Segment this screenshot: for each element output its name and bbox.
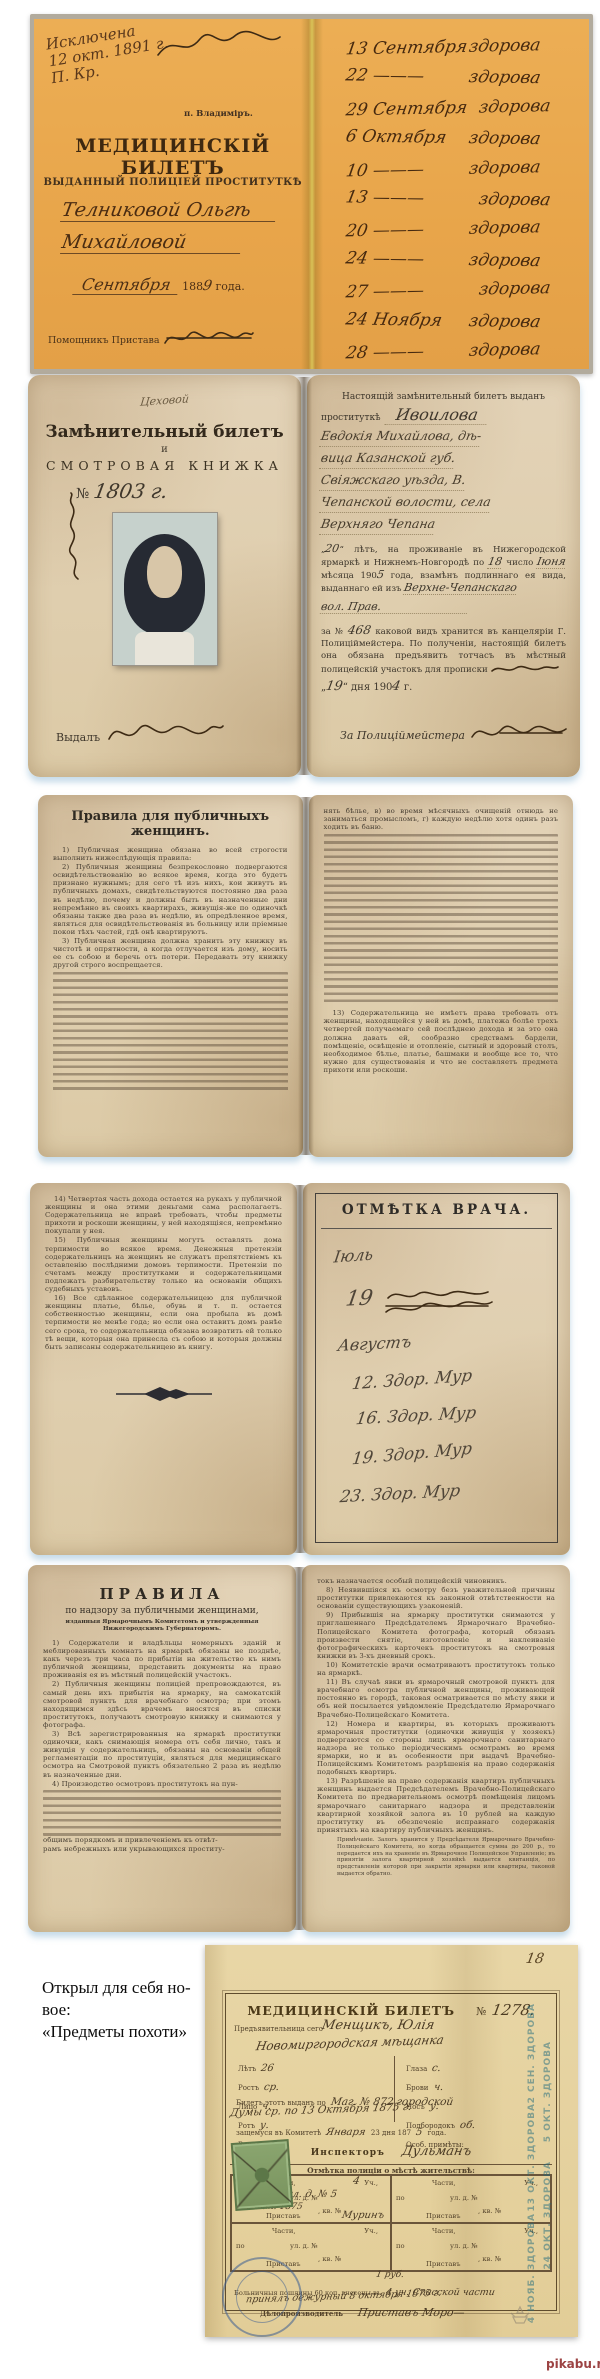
exam-date: 10 ———	[344, 158, 470, 181]
holder-photograph	[113, 513, 217, 665]
year-printed: 188	[182, 280, 203, 293]
exam-date: 13 Сентября	[344, 37, 470, 60]
exam-date: 22 ———	[344, 66, 471, 88]
hand-fragment: Января	[325, 2127, 366, 2138]
exam-entry: 19. Здор. Мур	[351, 1439, 473, 1469]
hand-fragment: 20	[324, 543, 340, 555]
cell-label: ул. д. №	[450, 2242, 478, 2250]
health-stamp: 13 ОКТ. ЗДОРОВА	[527, 2103, 537, 2212]
clerk-signature: Приставъ Моро—	[357, 2306, 466, 2319]
fair-rules-right-page: токъ назначается особый полицейскій чино…	[302, 1565, 570, 1932]
printed-fragment: мѣсяца 190	[321, 571, 377, 581]
exam-row: 10 ———здорова	[345, 156, 573, 181]
post-image: Исключена 12 окт. 1891 г. П. Кр. п. Влад…	[0, 0, 600, 2379]
cell-label: Уч.,	[364, 2179, 378, 2187]
exam-date: 24 Ноября	[344, 309, 471, 331]
examination-rows: 13 Сентябряздорова 22 ———здорова 29 Сент…	[312, 19, 590, 369]
exam-row: 6 Октябряздорова	[345, 127, 573, 150]
registration-scribble	[490, 662, 560, 676]
exam-date: 13 ———	[344, 187, 471, 209]
policemaster-signature	[470, 719, 568, 747]
exam-date: 27 ———	[344, 280, 470, 303]
rule-paragraph: 8) Неявившіяся къ осмотру безъ уважитель…	[317, 1586, 555, 1610]
rule-paragraph: 11) Въ случаѣ явки въ ярмарочный смотров…	[317, 1678, 555, 1718]
holder-name-line2: Михайловой	[60, 231, 244, 254]
printed-fragment: 23 дня 187	[371, 2129, 411, 2137]
rule-paragraph: рамъ небрежныхъ или укрывающихся простит…	[43, 1845, 281, 1853]
month-handwritten: Сентября	[72, 275, 180, 295]
margin-scribble	[64, 491, 86, 581]
ticket-subtitle: ВЫДАННЫЙ ПОЛИЦІЕЙ ПРОСТИТУТКѢ	[34, 177, 312, 188]
cell-label: , кв. №	[318, 2207, 341, 2215]
illegible-text	[43, 1790, 281, 1836]
fee-amount-handwritten: 1 руб.	[375, 2270, 405, 2280]
printed-fragment: “ дня 190	[343, 682, 393, 693]
month-entry: Августъ	[337, 1332, 414, 1355]
rules-text-block: 13) Содержательница не имѣетъ права треб…	[324, 1009, 559, 1074]
printer-crest-icon	[507, 2305, 533, 2325]
day-entry: 19	[344, 1285, 375, 1311]
issue-line-3: защемуся въ Комитетѣ Января 23 дня 187 5…	[236, 2120, 446, 2139]
post-caption: Открыл для себя но- вое: «Предметы похот…	[42, 1977, 212, 2043]
printed-fragment: защемуся въ Комитетѣ	[236, 2129, 321, 2137]
year-digit-handwritten: 9	[202, 278, 214, 294]
rule-paragraph: нять бѣлье, в) во время мѣсячныхъ очищен…	[324, 807, 559, 831]
hand-fragment: 18	[487, 556, 503, 569]
portrait-face	[147, 546, 182, 598]
exam-status: здорова	[466, 250, 541, 271]
revenue-stamp	[231, 2139, 294, 2211]
photo-orange-medical-ticket: Исключена 12 окт. 1891 г. П. Кр. п. Влад…	[30, 14, 593, 374]
issued-by-line: Выдалъ	[56, 717, 225, 751]
doctor-marks-page: ОТМѢТКА ВРАЧА. Іюль 19 Августъ 12. Здор.…	[303, 1183, 570, 1555]
exam-date: 24 ———	[344, 248, 471, 270]
cell-label: по	[396, 2242, 405, 2250]
cell-label: Части,	[432, 2179, 456, 2187]
intro-word: проституткѣ	[321, 413, 381, 423]
exam-status: здорова	[476, 189, 551, 210]
booklet-binding	[292, 1185, 308, 1553]
cell-signature: Муринъ	[341, 2210, 385, 2221]
booklet-subtitle: СМОТРОВАЯ КНИЖКА	[42, 458, 287, 473]
cell-label: Части,	[432, 2227, 456, 2235]
inspector-label: Инспекторъ	[311, 2148, 385, 2158]
health-stamp: 5 ОКТ. ЗДОРОВА	[543, 2041, 553, 2142]
rule-paragraph: 2) Публичныя женщины полиціей препровожд…	[43, 1680, 281, 1729]
rules-text-tail: общимъ порядкомъ и привлеченіемъ къ отвѣ…	[43, 1836, 281, 1853]
trait-row: Лѣтъ 26	[238, 2056, 280, 2075]
exam-status: здорова	[467, 339, 542, 361]
policemaster-label: За Полиціймейстера	[340, 729, 465, 742]
booklet-binding	[296, 377, 312, 775]
printed-fragment: года.	[428, 2129, 447, 2137]
rules-footnote: Примѣчаніе. Залогъ хранится у Предсѣдате…	[337, 1837, 555, 1878]
printed-fragment: г.	[401, 682, 413, 693]
exam-status: здорова	[467, 35, 542, 57]
intro-line: Настоящій замѣнительный билетъ выданъ	[321, 391, 566, 403]
hand-fragment: Іюня	[536, 556, 567, 569]
rule-paragraph: 10) Комитетскіе врачи осматриваютъ прост…	[317, 1661, 555, 1677]
rules-text-block: нять бѣлье, в) во время мѣсячныхъ очищен…	[324, 807, 559, 831]
card-left-page: Исключена 12 окт. 1891 г. П. Кр. п. Влад…	[34, 19, 312, 369]
cell-label: , кв. №	[478, 2255, 501, 2263]
rule-paragraph: 13) Разрѣшеніе на право содержанія кварт…	[317, 1777, 555, 1834]
rules-left-page: 14) Четвертая часть дохода остается на р…	[30, 1183, 297, 1555]
illegible-text	[53, 972, 288, 1092]
rule-paragraph: общимъ порядкомъ и привлеченіемъ къ отвѣ…	[43, 1836, 281, 1844]
exam-status: здорова	[477, 278, 552, 300]
fair-rules-subtitle: по надзору за публичными женщинами,	[43, 1606, 281, 1616]
rule-paragraph: токъ назначается особый полицейскій чино…	[317, 1577, 555, 1585]
inspector-signature: Дульманъ	[401, 2144, 473, 2159]
cell-label: ул. д. №	[450, 2194, 478, 2202]
booklet-title: Замѣнительный билетъ	[42, 422, 287, 442]
year-suffix: года.	[216, 280, 245, 293]
printed-fragment: за №	[321, 627, 348, 637]
rules-left-page: Правила для публичныхъ женщинъ. 1) Публи…	[38, 795, 303, 1157]
rule-paragraph: 1) Содержатели и владѣльцы номерныхъ зда…	[43, 1639, 281, 1679]
illegible-text	[324, 834, 559, 1006]
rule-paragraph: 2) Публичныя женщины безпрекословно подв…	[53, 863, 288, 936]
trait-label: Лѣтъ	[238, 2065, 256, 2073]
cell-label: , кв. №	[318, 2255, 341, 2263]
cell-label: по	[396, 2194, 405, 2202]
number-value-handwritten: 1803 г.	[92, 479, 170, 503]
rule-paragraph: 3) Публичная женщина должна хранить эту …	[53, 937, 288, 969]
exam-date: 28 ———	[344, 341, 470, 364]
exam-row: 28 ———здорова	[345, 339, 573, 364]
issuer-signature	[105, 717, 225, 751]
rule-paragraph: 13) Содержательница не имѣетъ права треб…	[324, 1009, 559, 1074]
title-row: МЕДИЦИНСКІЙ БИЛЕТЪ № 1278.	[226, 2000, 556, 2019]
official-title: Помощникъ Пристава	[48, 325, 255, 351]
cell-label: Уч.,	[364, 2227, 378, 2235]
number-label: №	[476, 2005, 486, 2018]
booklet-binding	[291, 1567, 307, 1930]
hand-fragment: 468	[347, 624, 372, 636]
issue-date-line: Сентября 1889 года.	[74, 275, 245, 295]
exam-row: 29 Сентябряздорова	[345, 95, 573, 120]
booklet-binding	[298, 797, 314, 1155]
cell-label: Приставъ	[426, 2212, 461, 2220]
exam-status: здорова	[477, 96, 552, 118]
doctor-marks-frame: ОТМѢТКА ВРАЧА. Іюль 19 Августъ 12. Здор.…	[315, 1193, 558, 1543]
cell-label: Приставъ	[426, 2260, 461, 2268]
official-signature	[163, 325, 255, 351]
exam-entry: 12. Здор. Мур	[351, 1366, 474, 1394]
booklet-number-line: № 1803 г.	[76, 479, 287, 503]
fair-rules-title: ПРАВИЛА	[43, 1585, 281, 1603]
rule-paragraph: 15) Публичныя женщины могутъ оставлять д…	[45, 1236, 282, 1293]
rule-paragraph: 16) Все сдѣланное содержательницею для п…	[45, 1294, 282, 1351]
cell-label: ул. д. №	[290, 2242, 318, 2250]
rules-right-page: нять бѣлье, в) во время мѣсячныхъ очищен…	[309, 795, 574, 1157]
cell-handwritten: 4	[352, 2175, 361, 2187]
rules-text-block: токъ назначается особый полицейскій чино…	[317, 1577, 555, 1834]
exam-row: 22 ———здорова	[345, 66, 573, 89]
sheet-title: МЕДИЦИНСКІЙ БИЛЕТЪ	[247, 2003, 455, 2018]
hand-line: Евдокія Михайлова, дѣ-	[319, 425, 483, 447]
photo-medical-ticket-sheet: 18 МЕДИЦИНСКІЙ БИЛЕТЪ № 1278. Предъявите…	[205, 1945, 578, 2337]
hand-line: Верхняго Чепана	[319, 513, 437, 535]
prostitute-name-line: проституткѣ Ивоилова	[321, 405, 566, 425]
caption-line: вое:	[42, 1999, 212, 2021]
caption-line: Открыл для себя но-	[42, 1977, 212, 1999]
health-stamp: 2 СЕН. ЗДОРОВА	[527, 2003, 537, 2103]
orange-card-spread: Исключена 12 окт. 1891 г. П. Кр. п. Влад…	[34, 19, 589, 369]
ticket-title: МЕДИЦИНСКІЙ БИЛЕТЪ	[34, 135, 312, 179]
city-label: п. Владиміръ.	[184, 109, 253, 119]
hand-fragment: 5	[415, 2127, 423, 2138]
trait-value: 26	[261, 2063, 276, 2074]
exam-row: 27 ———здорова	[345, 278, 573, 303]
hand-fragment: вол. Прав.	[320, 600, 469, 614]
exam-row: 24 Ноябряздорова	[345, 309, 573, 332]
rule-paragraph: 9) Прибывшія на ярмарку проститутки сним…	[317, 1611, 555, 1660]
policemaster-line: За Полиціймейстера	[340, 719, 568, 747]
exam-status: здорова	[466, 311, 541, 332]
exam-row: 20 ———здорова	[345, 217, 573, 242]
registration-paragraph: за № 468 каковой видъ хранится въ канцел…	[321, 624, 566, 676]
hand-line: Чепанской волости, села	[319, 491, 493, 513]
rule-paragraph: 12) Номера и квартиры, въ которыхъ прожи…	[317, 1720, 555, 1777]
cell-label: по	[236, 2242, 245, 2250]
pencil-note: Цеховой	[139, 392, 189, 409]
hand-fragment: Верхне-Чепанскаго	[403, 582, 518, 595]
rules-text-block: 14) Четвертая часть дохода остается на р…	[45, 1195, 282, 1351]
rules-heading: Правила для публичныхъ женщинъ.	[53, 809, 288, 839]
hand-fragment: 19	[325, 679, 344, 694]
booklet-right-page: Настоящій замѣнительный билетъ выданъ пр…	[307, 375, 580, 777]
hand-line: Свіяжскаго уѣзда, В.	[319, 469, 468, 491]
residence-paragraph: „20“ лѣтъ, на проживаніе въ Нижегородско…	[321, 543, 566, 595]
holder-origin-handwritten: Новомиргородская мѣщанка	[255, 2033, 445, 2054]
portrait-collar	[135, 632, 193, 665]
photo-rules-for-public-women: Правила для публичныхъ женщинъ. 1) Публи…	[38, 795, 573, 1157]
trait-row: Глаза с.	[406, 2056, 476, 2075]
hand-line: вица Казанской губ.	[319, 447, 457, 469]
printed-fragment: число	[502, 558, 537, 568]
exam-date: 6 Октября	[344, 127, 471, 149]
rule-paragraph: 3) Всѣ зарегистрированныя на ярмаркѣ про…	[43, 1730, 281, 1779]
card-right-page: 13 Сентябряздорова 22 ———здорова 29 Сент…	[312, 19, 590, 369]
exam-row: 13 ———здорова	[345, 187, 573, 210]
ink-flourish	[154, 25, 284, 65]
date-line: „19“ дня 1904 г.	[321, 679, 566, 694]
exam-status: здорова	[467, 218, 542, 240]
rules-text-block: 1) Публичная женщина обязана во всей стр…	[53, 846, 288, 969]
caption-line: «Предметы похоти»	[42, 2021, 212, 2043]
official-label: Помощникъ Пристава	[48, 335, 160, 346]
corner-number: 18	[525, 1951, 546, 1967]
issued-label: Выдалъ	[56, 731, 100, 744]
ornament-container	[45, 1385, 282, 1407]
photo-substitute-ticket-booklet: Цеховой Замѣнительный билетъ и СМОТРОВАЯ…	[28, 375, 580, 777]
rule-paragraph: 4) Производство осмотровъ проститутокъ н…	[43, 1780, 281, 1788]
month-entry: Іюль	[333, 1245, 375, 1267]
booklet-left-page: Цеховой Замѣнительный билетъ и СМОТРОВАЯ…	[28, 375, 301, 777]
cell-label: Части,	[272, 2227, 296, 2235]
booklet-conjunction: и	[42, 444, 287, 455]
trait-value: с.	[431, 2063, 442, 2074]
cell-label: Приставъ	[266, 2212, 301, 2220]
tailpiece-ornament-icon	[116, 1385, 212, 1403]
exam-date: 20 ———	[344, 219, 470, 242]
holder-name-handwritten: Менщикъ, Юлія	[321, 2018, 436, 2033]
exam-entry: 16. Здор. Мур	[355, 1403, 478, 1428]
exam-status: здорова	[466, 68, 541, 89]
exam-entry: 23. Здор. Мур	[339, 1481, 462, 1506]
holder-label: Предъявительница сего	[234, 2025, 323, 2033]
police-round-stamp-icon	[222, 2257, 302, 2337]
cell-label: , кв. №	[478, 2207, 501, 2215]
doctor-marks-heading: ОТМѢТКА ВРАЧА.	[316, 1202, 557, 1218]
exam-row: 13 Сентябряздорова	[345, 35, 573, 60]
rules-text-block: 1) Содержатели и владѣльцы номерныхъ зда…	[43, 1639, 281, 1788]
trait-label: Глаза	[406, 2065, 427, 2073]
trait-value: об.	[459, 2120, 476, 2131]
exam-status: здорова	[467, 157, 542, 179]
holder-surname-handwritten: Ивоилова	[384, 405, 489, 425]
photo-rules-and-doctor-marks: 14) Четвертая часть дохода остается на р…	[30, 1183, 570, 1555]
crossed-out-note	[384, 1286, 494, 1320]
exam-row: 24 ———здорова	[345, 248, 573, 271]
site-watermark: pikabu.ru	[546, 2357, 600, 2371]
health-stamp: 24 ОКТ. ЗДОРОВА	[543, 2161, 553, 2270]
rule-paragraph: 14) Четвертая часть дохода остается на р…	[45, 1195, 282, 1235]
fair-rules-left-page: ПРАВИЛА по надзору за публичными женщина…	[28, 1565, 296, 1932]
fair-rules-issuer: изданныя Ярмарочнымъ Комитетомъ и утверж…	[51, 1618, 273, 1632]
holder-name-line1: Телниковой Ольгѣ	[60, 199, 279, 222]
photo-fair-committee-rules: ПРАВИЛА по надзору за публичными женщина…	[28, 1565, 570, 1932]
rule-paragraph: 1) Публичная женщина обязана во всей стр…	[53, 846, 288, 862]
exam-date: 29 Сентября	[344, 98, 470, 121]
exam-status: здорова	[466, 128, 541, 149]
